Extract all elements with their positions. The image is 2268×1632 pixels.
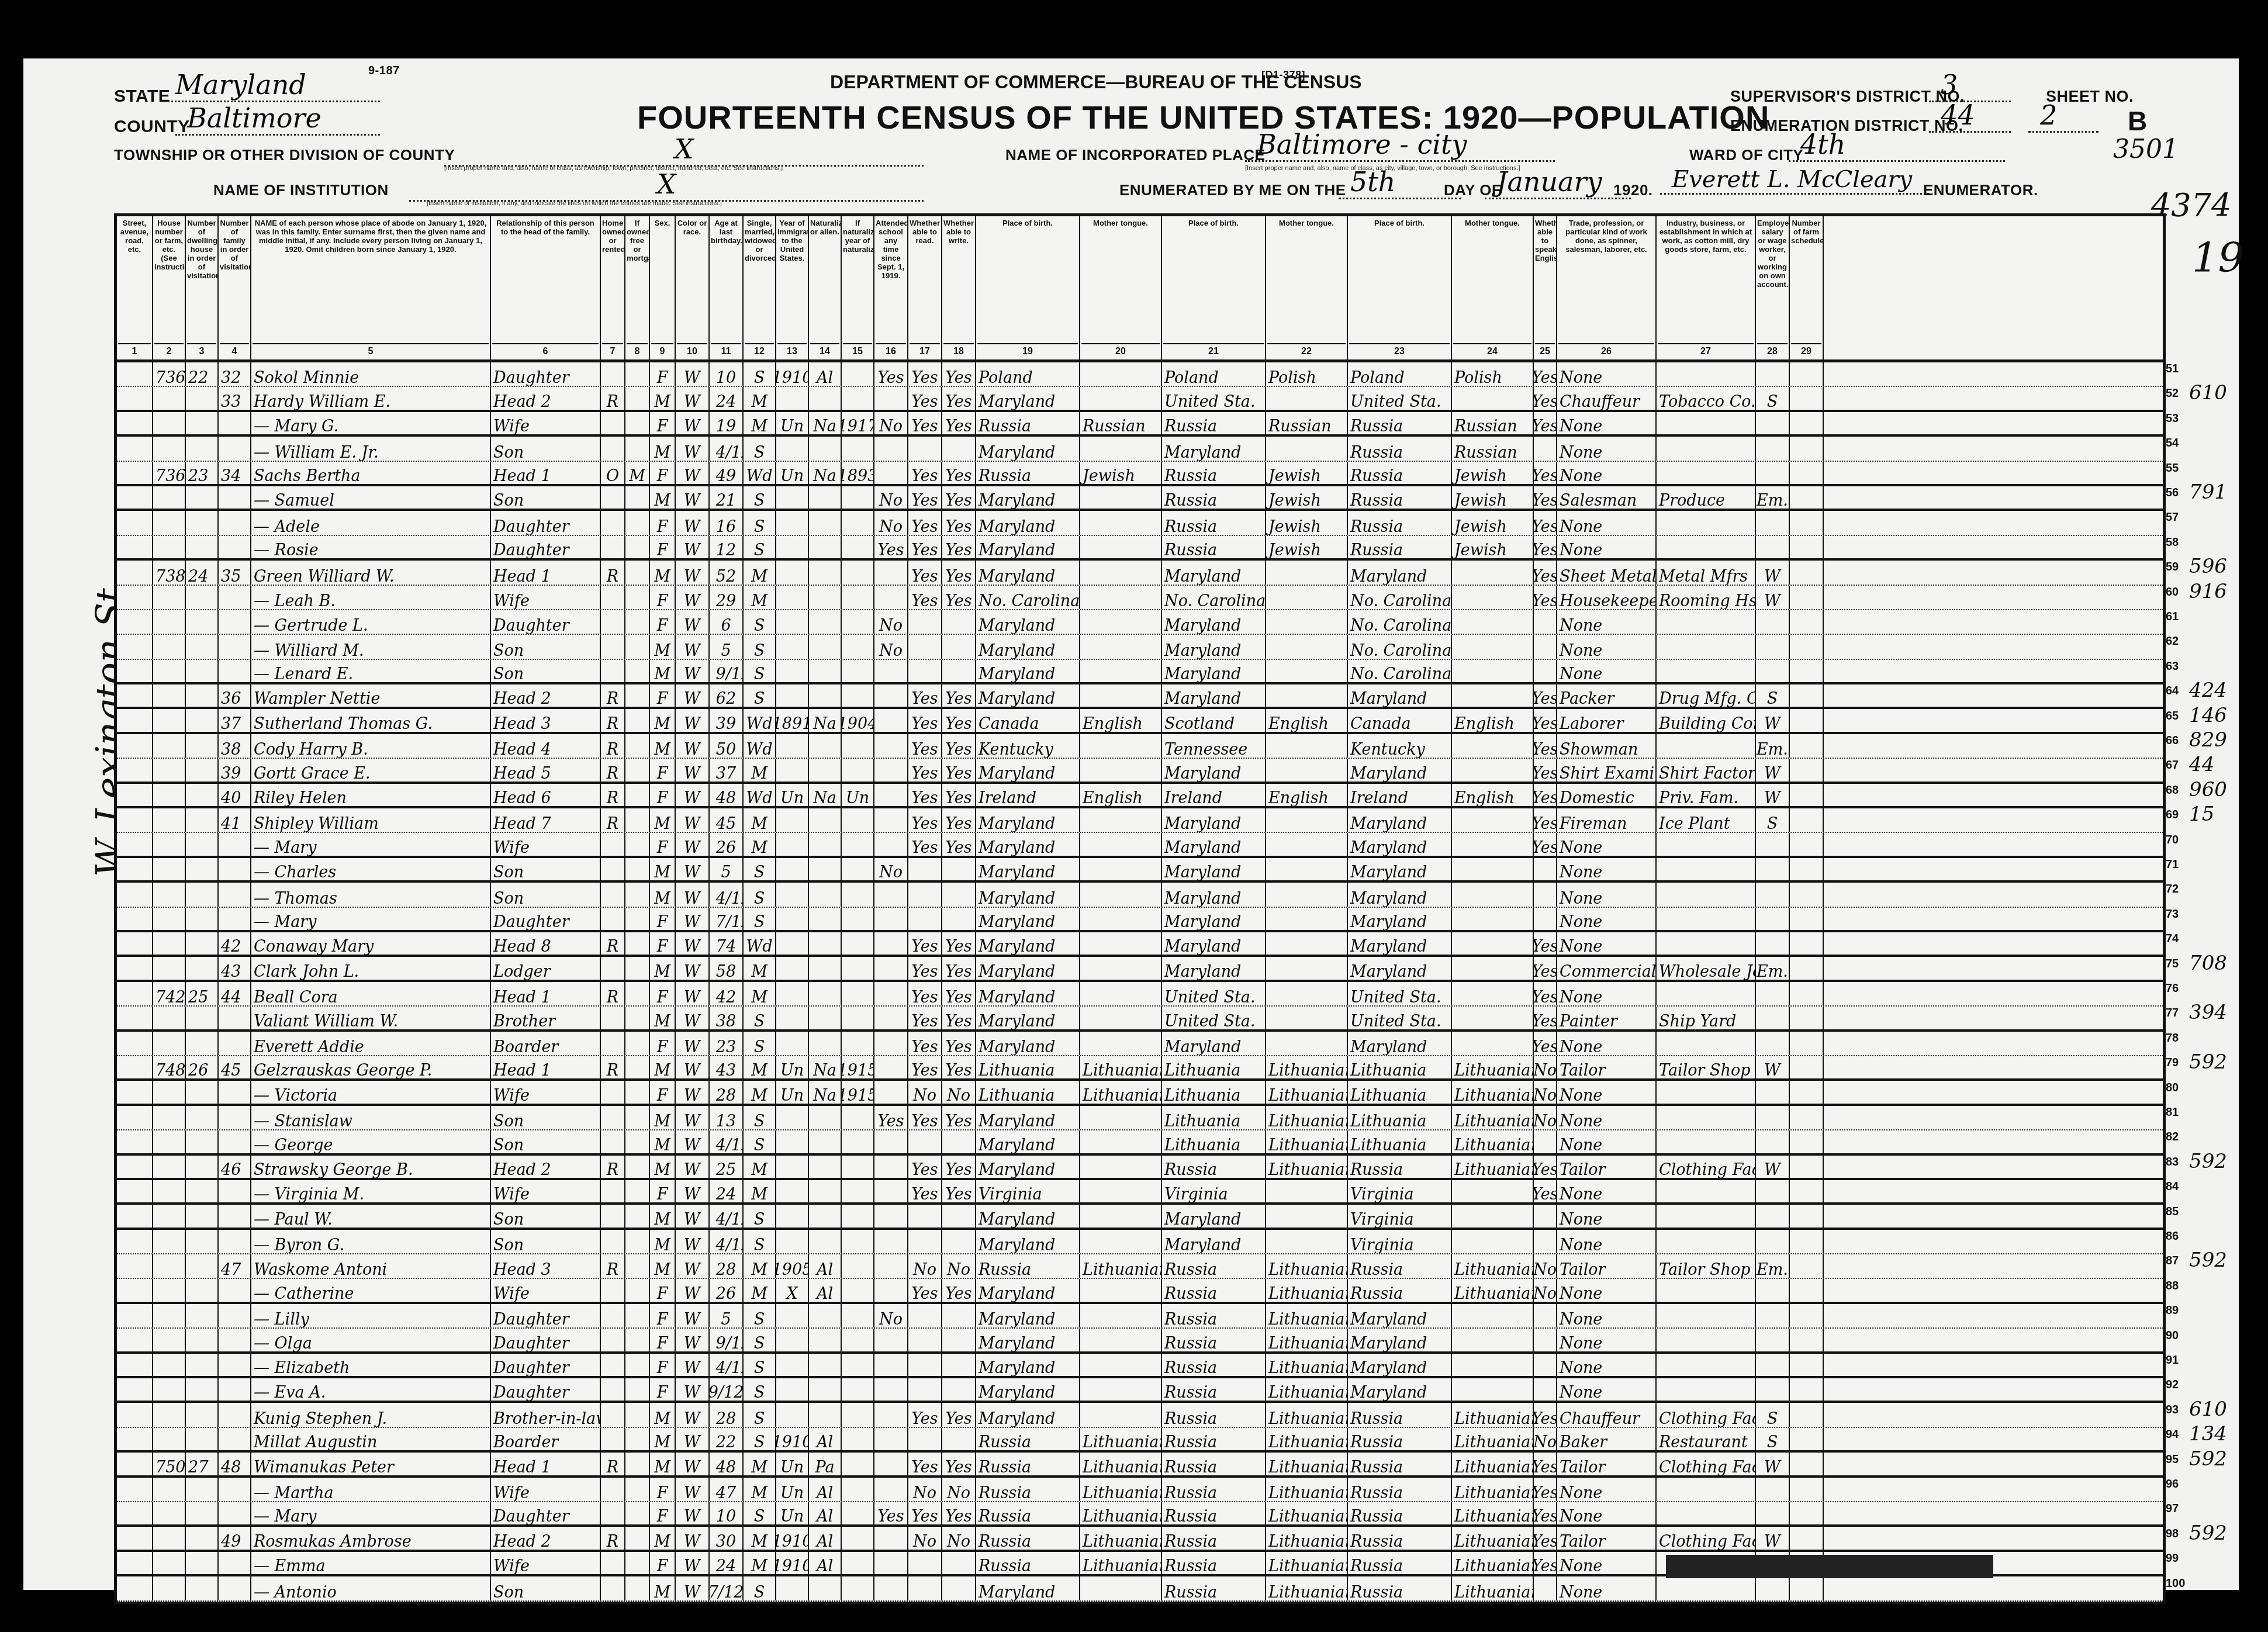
cell-imm	[776, 734, 809, 758]
table-row: 736 1/22334Sachs BerthaHead 1OMFW49WdUnN…	[117, 462, 2163, 486]
cell-farm	[1790, 362, 1824, 386]
cell-mort	[625, 1403, 650, 1426]
cell-write	[942, 437, 976, 460]
cell-industry	[1657, 982, 1756, 1005]
cell-nat	[809, 1576, 842, 1600]
cell-mort	[625, 1130, 650, 1153]
cell-industry	[1657, 883, 1756, 906]
cell-family: 38	[219, 734, 251, 758]
cell-write: Yes	[942, 1007, 976, 1029]
cell-name: — George	[251, 1130, 491, 1153]
cell-age: 37	[710, 759, 744, 781]
cell-nat	[809, 586, 842, 609]
cell-mpob: Maryland	[1348, 684, 1452, 707]
cell-dwelling	[186, 709, 219, 731]
column-header-label: Place of birth.	[1163, 219, 1264, 227]
cell-fmt	[1266, 1007, 1348, 1029]
cell-race: W	[676, 387, 710, 409]
cell-natyr	[842, 1156, 874, 1178]
ward-label: WARD OF CITY	[1689, 146, 1803, 164]
column-header-label: Mother tongue.	[1453, 219, 1531, 227]
cell-pob: Maryland	[976, 982, 1080, 1005]
cell-eng	[1534, 1354, 1557, 1376]
cell-mpob: Virginia	[1348, 1180, 1452, 1202]
cell-fmt	[1266, 982, 1348, 1005]
cell-farm	[1790, 734, 1824, 758]
cell-school	[874, 1428, 908, 1450]
cell-natyr	[842, 536, 874, 558]
cell-sex: F	[650, 784, 676, 806]
margin-occupation-code: 791	[2189, 480, 2227, 504]
line-number: 75	[2166, 957, 2179, 971]
cell-race: W	[676, 709, 710, 731]
cell-farm	[1790, 387, 1824, 409]
cell-mort	[625, 684, 650, 707]
column-header-label: Year of immigration to the United States…	[777, 219, 807, 262]
cell-mmt: Lithuanian	[1452, 1403, 1534, 1426]
cell-write: Yes	[942, 511, 976, 534]
cell-mt	[1080, 1130, 1162, 1153]
table-row: — AdeleDaughterFW16SNoYesYesMarylandRuss…	[117, 511, 2163, 535]
cell-rel: Son	[491, 883, 601, 906]
cell-imm	[776, 1304, 809, 1327]
cell-mt: Lithuanian	[1080, 1527, 1162, 1549]
cell-sex: M	[650, 437, 676, 460]
cell-imm	[776, 1354, 809, 1376]
cell-sex: F	[650, 908, 676, 930]
cell-age: 1 9/12	[710, 660, 744, 682]
cell-trade: Housekeeper	[1557, 586, 1657, 609]
cell-mmt: Polish	[1452, 362, 1534, 386]
cell-pob: Maryland	[976, 660, 1080, 682]
cell-name: — Virginia M.	[251, 1180, 491, 1202]
cell-age: 3 4/12	[710, 1130, 744, 1153]
cell-fpob: Maryland	[1162, 1032, 1266, 1055]
cell-imm: 1891	[776, 709, 809, 731]
cell-ms: S	[744, 1378, 776, 1401]
column-header-25: Whether able to speak English.25	[1534, 216, 1557, 359]
cell-pob: Maryland	[976, 610, 1080, 634]
cell-street	[117, 610, 153, 634]
cell-rel: Head 3	[491, 709, 601, 731]
cell-trade: None	[1557, 932, 1657, 955]
line-number: 84	[2166, 1180, 2179, 1194]
cell-house	[153, 610, 186, 634]
cell-family	[219, 883, 251, 906]
cell-natyr	[842, 561, 874, 584]
cell-school: Yes	[874, 362, 908, 386]
cell-farm	[1790, 1007, 1824, 1029]
cell-eng: Yes	[1534, 1453, 1557, 1475]
cell-eng: Yes	[1534, 1180, 1557, 1202]
cell-imm	[776, 808, 809, 832]
table-row: 38Cody Harry B.Head 4RMW50WdYesYesKentuc…	[117, 734, 2163, 759]
cell-farm	[1790, 833, 1824, 855]
cell-mmt	[1452, 610, 1534, 634]
cell-race: W	[676, 511, 710, 534]
cell-nat: Na	[809, 709, 842, 731]
table-row: 42Conaway MaryHead 8RFW74WdYesYesMarylan…	[117, 932, 2163, 957]
cell-read: Yes	[908, 536, 942, 558]
cell-own: R	[601, 808, 625, 832]
cell-family	[219, 1180, 251, 1202]
cell-school	[874, 784, 908, 806]
cell-class: S	[1756, 387, 1790, 409]
cell-eng: Yes	[1534, 734, 1557, 758]
cell-mpob: No. Carolina	[1348, 586, 1452, 609]
cell-fmt: Lithuanian	[1266, 1378, 1348, 1401]
cell-read	[908, 437, 942, 460]
cell-age: 1 4/12	[710, 437, 744, 460]
cell-ms: M	[744, 561, 776, 584]
cell-street	[117, 1502, 153, 1524]
cell-sex: F	[650, 684, 676, 707]
cell-street	[117, 1329, 153, 1351]
cell-house	[153, 833, 186, 855]
cell-rel: Daughter	[491, 610, 601, 634]
cell-industry	[1657, 833, 1756, 855]
cell-family: 32	[219, 362, 251, 386]
cell-house	[153, 1576, 186, 1600]
cell-school	[874, 1576, 908, 1600]
cell-write: Yes	[942, 586, 976, 609]
cell-mt	[1080, 1329, 1162, 1351]
cell-class: S	[1756, 1403, 1790, 1426]
cell-farm	[1790, 1304, 1824, 1327]
cell-imm	[776, 1156, 809, 1178]
cell-mmt	[1452, 1032, 1534, 1055]
cell-farm	[1790, 1576, 1824, 1600]
cell-fpob: Maryland	[1162, 684, 1266, 707]
column-number: 13	[777, 343, 807, 357]
cell-imm: 1910	[776, 1428, 809, 1450]
cell-fmt	[1266, 759, 1348, 781]
cell-name: Millat Augustin	[251, 1428, 491, 1450]
table-row: 7362232Sokol MinnieDaughterFW10S1910AlYe…	[117, 362, 2163, 387]
cell-rel: Daughter	[491, 1502, 601, 1524]
cell-write: Yes	[942, 1279, 976, 1301]
cell-ms: S	[744, 1230, 776, 1253]
cell-write: Yes	[942, 784, 976, 806]
cell-rel: Son	[491, 486, 601, 509]
cell-house: 736	[153, 362, 186, 386]
line-number: 67	[2166, 759, 2179, 772]
cell-ms: Wd	[744, 784, 776, 806]
cell-eng	[1534, 1576, 1557, 1600]
cell-mmt	[1452, 1205, 1534, 1227]
table-row: 43Clark John L.LodgerMW58MYesYesMaryland…	[117, 957, 2163, 981]
cell-mt	[1080, 833, 1162, 855]
cell-mmt: Lithuanian	[1452, 1453, 1534, 1475]
cell-own	[601, 908, 625, 930]
column-header-14: Naturalized or alien.14	[809, 216, 842, 359]
cell-fmt	[1266, 932, 1348, 955]
cell-mt	[1080, 1230, 1162, 1253]
cell-pob: Maryland	[976, 511, 1080, 534]
cell-sex: M	[650, 1056, 676, 1078]
cell-farm	[1790, 858, 1824, 880]
cell-mort	[625, 759, 650, 781]
cell-rel: Head 7	[491, 808, 601, 832]
cell-race: W	[676, 1230, 710, 1253]
column-header-4: Number of family in order of visitation.…	[219, 216, 251, 359]
cell-farm	[1790, 1354, 1824, 1376]
line-number: 96	[2166, 1478, 2179, 1491]
cell-ms: M	[744, 808, 776, 832]
cell-own: R	[601, 1527, 625, 1549]
cell-mort	[625, 1428, 650, 1450]
cell-own: O	[601, 462, 625, 484]
cell-street	[117, 387, 153, 409]
cell-age: 58	[710, 957, 744, 979]
cell-dwelling	[186, 1378, 219, 1401]
cell-rel: Head 5	[491, 759, 601, 781]
cell-own	[601, 1230, 625, 1253]
cell-mt	[1080, 586, 1162, 609]
cell-farm	[1790, 1428, 1824, 1450]
cell-mt	[1080, 1304, 1162, 1327]
cell-class	[1756, 610, 1790, 634]
column-header-17: Whether able to read.17	[908, 216, 942, 359]
line-number: 64	[2166, 684, 2179, 698]
cell-read: Yes	[908, 1403, 942, 1426]
cell-eng: Yes	[1534, 462, 1557, 484]
cell-own	[601, 412, 625, 434]
cell-school	[874, 1478, 908, 1501]
cell-mmt: Lithuanian	[1452, 1428, 1534, 1450]
cell-rel: Boarder	[491, 1032, 601, 1055]
cell-class	[1756, 362, 1790, 386]
cell-read: Yes	[908, 684, 942, 707]
cell-mt: Lithuanian	[1080, 1502, 1162, 1524]
cell-name: — Mary	[251, 908, 491, 930]
cell-rel: Son	[491, 858, 601, 880]
cell-read	[908, 1230, 942, 1253]
cell-mmt: Russian	[1452, 437, 1534, 460]
column-header-label: Sex.	[651, 219, 673, 227]
cell-mt: Lithuanian	[1080, 1453, 1162, 1475]
cell-family	[219, 1304, 251, 1327]
cell-fpob: Russia	[1162, 1552, 1266, 1574]
cell-house	[153, 734, 186, 758]
cell-name: Shipley William	[251, 808, 491, 832]
cell-write: Yes	[942, 561, 976, 584]
column-header-5: NAME of each person whose place of abode…	[251, 216, 491, 359]
cell-industry	[1657, 362, 1756, 386]
cell-street	[117, 684, 153, 707]
cell-pob: Maryland	[976, 1304, 1080, 1327]
cell-rel: Daughter	[491, 1378, 601, 1401]
cell-dwelling	[186, 1354, 219, 1376]
form-code: [D1-378]	[1261, 69, 1305, 81]
cell-imm	[776, 660, 809, 682]
cell-age: 28	[710, 1081, 744, 1103]
cell-natyr: 1904	[842, 709, 874, 731]
cell-sex: M	[650, 1156, 676, 1178]
cell-mpob: No. Carolina	[1348, 610, 1452, 634]
table-row: — ThomasSonMW3 4/12SMarylandMarylandMary…	[117, 883, 2163, 907]
cell-mpob: Russia	[1348, 1453, 1452, 1475]
cell-dwelling: 27	[186, 1453, 219, 1475]
cell-write: Yes	[942, 486, 976, 509]
cell-nat: Al	[809, 1279, 842, 1301]
cell-race: W	[676, 1205, 710, 1227]
cell-race: W	[676, 412, 710, 434]
cell-natyr	[842, 957, 874, 979]
cell-house	[153, 511, 186, 534]
margin-occupation-code: 146	[2189, 704, 2227, 727]
cell-age: 21	[710, 486, 744, 509]
line-number: 54	[2166, 437, 2179, 450]
cell-age: 10	[710, 1502, 744, 1524]
cell-farm	[1790, 511, 1824, 534]
cell-imm	[776, 1032, 809, 1055]
cell-mpob: Ireland	[1348, 784, 1452, 806]
cell-trade: Tailor	[1557, 1156, 1657, 1178]
cell-house	[153, 883, 186, 906]
cell-mmt: Lithuanian	[1452, 1156, 1534, 1178]
cell-own: R	[601, 1254, 625, 1278]
cell-sex: F	[650, 1279, 676, 1301]
cell-eng: Yes	[1534, 1552, 1557, 1574]
cell-mort	[625, 957, 650, 979]
column-number: 9	[651, 343, 673, 357]
cell-race: W	[676, 1304, 710, 1327]
cell-mt	[1080, 808, 1162, 832]
cell-race: W	[676, 1428, 710, 1450]
cell-class	[1756, 536, 1790, 558]
table-row: — GeorgeSonMW3 4/12SMarylandLithuaniaLit…	[117, 1130, 2163, 1155]
cell-mort	[625, 1527, 650, 1549]
cell-write	[942, 1130, 976, 1153]
cell-own	[601, 1007, 625, 1029]
cell-ms: S	[744, 858, 776, 880]
cell-school	[874, 1180, 908, 1202]
cell-natyr	[842, 932, 874, 955]
cell-fpob: Maryland	[1162, 808, 1266, 832]
cell-eng	[1534, 908, 1557, 930]
cell-name: — William E. Jr.	[251, 437, 491, 460]
column-number: 27	[1658, 343, 1754, 357]
cell-write: Yes	[942, 734, 976, 758]
cell-mmt	[1452, 759, 1534, 781]
cell-house	[153, 1304, 186, 1327]
margin-occupation-code: 610	[2189, 1398, 2227, 1421]
cell-class	[1756, 1230, 1790, 1253]
cell-rel: Head 3	[491, 1254, 601, 1278]
cell-natyr	[842, 1527, 874, 1549]
cell-own	[601, 1502, 625, 1524]
column-number: 8	[627, 343, 648, 357]
cell-mmt	[1452, 908, 1534, 930]
margin-occupation-code: 596	[2189, 555, 2227, 578]
cell-write	[942, 1552, 976, 1574]
cell-nat: Na	[809, 784, 842, 806]
cell-street	[117, 536, 153, 558]
cell-industry	[1657, 437, 1756, 460]
cell-read	[908, 1329, 942, 1351]
cell-name: — Williard M.	[251, 635, 491, 658]
cell-pob: Maryland	[976, 932, 1080, 955]
cell-trade: None	[1557, 1502, 1657, 1524]
cell-house	[153, 1130, 186, 1153]
cell-rel: Son	[491, 1205, 601, 1227]
cell-read: Yes	[908, 462, 942, 484]
cell-mt: English	[1080, 784, 1162, 806]
cell-imm	[776, 684, 809, 707]
cell-ms: Wd	[744, 709, 776, 731]
cell-mort	[625, 883, 650, 906]
cell-imm	[776, 1106, 809, 1129]
cell-rel: Daughter	[491, 536, 601, 558]
table-row: 7382435Green Williard W.Head 1RMW52MYesY…	[117, 561, 2163, 585]
cell-mmt	[1452, 561, 1534, 584]
cell-race: W	[676, 1279, 710, 1301]
cell-dwelling	[186, 1254, 219, 1278]
column-header-18: Whether able to write.18	[942, 216, 976, 359]
cell-trade: Domestic	[1557, 784, 1657, 806]
cell-natyr	[842, 684, 874, 707]
cell-eng	[1534, 1304, 1557, 1327]
cell-dwelling: 22	[186, 362, 219, 386]
cell-mmt	[1452, 660, 1534, 682]
cell-imm	[776, 561, 809, 584]
cell-sex: F	[650, 1180, 676, 1202]
cell-fpob: Russia	[1162, 1279, 1266, 1301]
cell-fpob: United Sta.	[1162, 982, 1266, 1005]
cell-mort	[625, 1453, 650, 1475]
cell-dwelling	[186, 833, 219, 855]
cell-age: 49	[710, 462, 744, 484]
cell-ms: M	[744, 387, 776, 409]
cell-write	[942, 883, 976, 906]
margin-occupation-code: 134	[2189, 1422, 2227, 1446]
cell-class	[1756, 858, 1790, 880]
cell-family	[219, 1576, 251, 1600]
line-number: 81	[2166, 1106, 2179, 1119]
cell-age: 12	[710, 536, 744, 558]
cell-fpob: Maryland	[1162, 883, 1266, 906]
column-header-label: Street, avenue, road, etc.	[118, 219, 151, 254]
cell-imm	[776, 932, 809, 955]
cell-mpob: Russia	[1348, 1279, 1452, 1301]
cell-mmt: Lithuanian	[1452, 1106, 1534, 1129]
line-number: 86	[2166, 1230, 2179, 1243]
cell-pob: Maryland	[976, 808, 1080, 832]
cell-school	[874, 1205, 908, 1227]
cell-rel: Wife	[491, 1552, 601, 1574]
cell-eng: Yes	[1534, 511, 1557, 534]
cell-sex: M	[650, 957, 676, 979]
cell-natyr	[842, 610, 874, 634]
table-row: — Paul W.SonMW3 4/12SMarylandMarylandVir…	[117, 1205, 2163, 1229]
cell-fmt	[1266, 684, 1348, 707]
cell-age: 45	[710, 808, 744, 832]
cell-eng	[1534, 660, 1557, 682]
cell-industry	[1657, 1032, 1756, 1055]
cell-farm	[1790, 536, 1824, 558]
cell-ms: S	[744, 1403, 776, 1426]
cell-write	[942, 610, 976, 634]
cell-ms: S	[744, 684, 776, 707]
cell-age: 26	[710, 833, 744, 855]
cell-class	[1756, 883, 1790, 906]
table-row: 40Riley HelenHead 6RFW48WdUnNaUnYesYesIr…	[117, 784, 2163, 808]
cell-family: 48	[219, 1453, 251, 1475]
cell-street	[117, 1230, 153, 1253]
cell-age: 28	[710, 1403, 744, 1426]
cell-mpob: Virginia	[1348, 1205, 1452, 1227]
